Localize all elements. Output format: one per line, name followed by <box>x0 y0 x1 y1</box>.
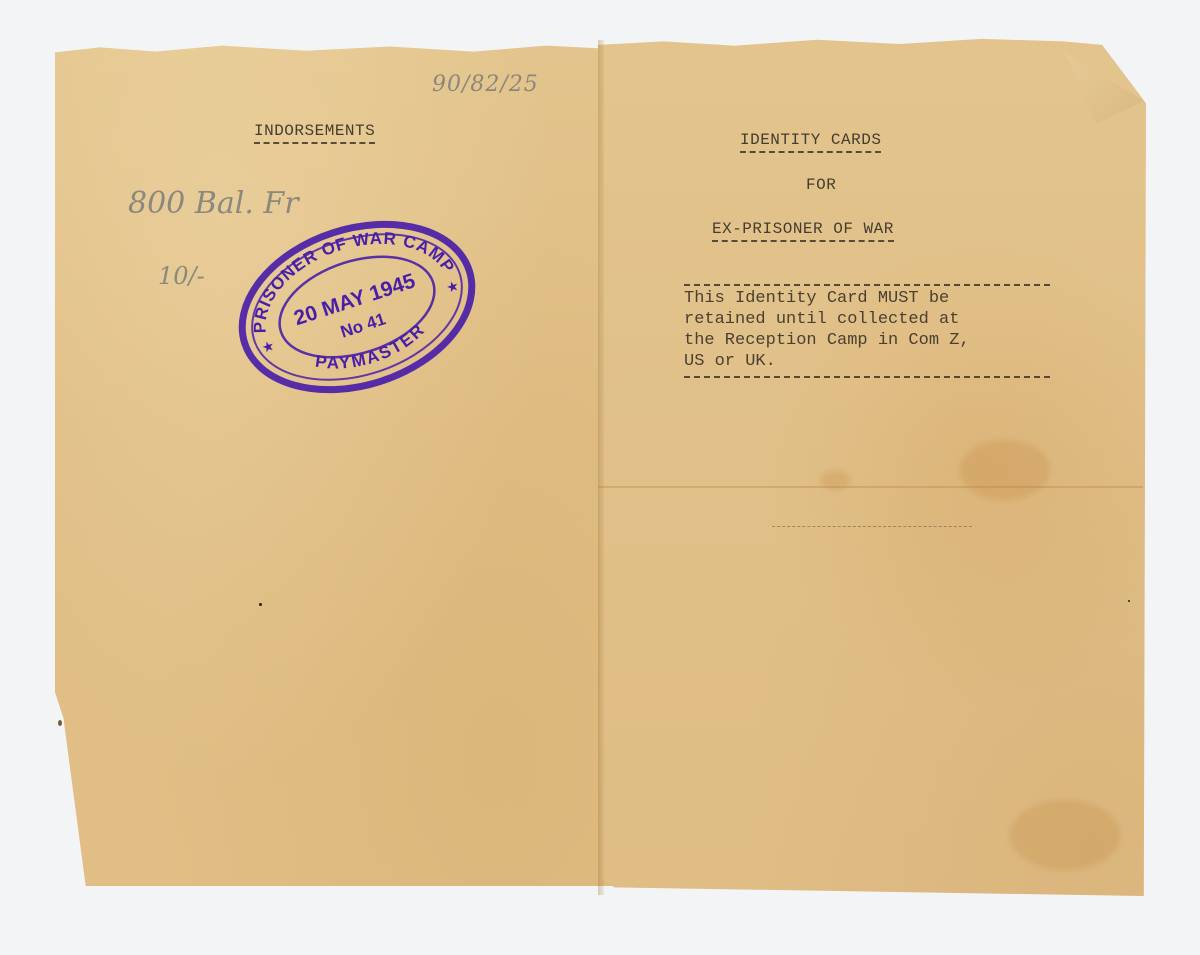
paymaster-stamp: PRISONER OF WAR CAMP PAYMASTER 20 MAY 19… <box>234 214 480 400</box>
notice-line: This Identity Card MUST be <box>684 288 1050 309</box>
star-icon: ★ <box>444 278 461 297</box>
left-panel-indorsements <box>55 44 613 886</box>
oval-stamp-graphic: PRISONER OF WAR CAMP PAYMASTER 20 MAY 19… <box>234 214 480 400</box>
pencil-reference-number: 90/82/25 <box>432 72 539 97</box>
faint-dashed-line <box>772 526 972 528</box>
right-panel-cover <box>598 38 1146 896</box>
indorsements-heading: INDORSEMENTS <box>254 122 375 144</box>
horizontal-fold-crease <box>598 486 1143 488</box>
notice-line: US or UK. <box>684 351 1050 372</box>
for-title: FOR <box>806 176 836 194</box>
paper-stain <box>960 440 1050 500</box>
paper-stain <box>820 470 850 490</box>
vertical-fold-crease <box>598 40 604 895</box>
retention-notice: This Identity Card MUST be retained unti… <box>684 284 1050 378</box>
notice-line: retained until collected at <box>684 309 1050 330</box>
scanned-document: 90/82/25 INDORSEMENTS 800 Bal. Fr 10/- P… <box>0 0 1200 955</box>
notice-line: the Reception Camp in Com Z, <box>684 330 1050 351</box>
identity-cards-title: IDENTITY CARDS <box>740 131 881 153</box>
pencil-amount-note: 10/- <box>158 262 205 290</box>
ex-prisoner-of-war-title: EX-PRISONER OF WAR <box>712 220 894 242</box>
paper-stain <box>1010 800 1120 870</box>
